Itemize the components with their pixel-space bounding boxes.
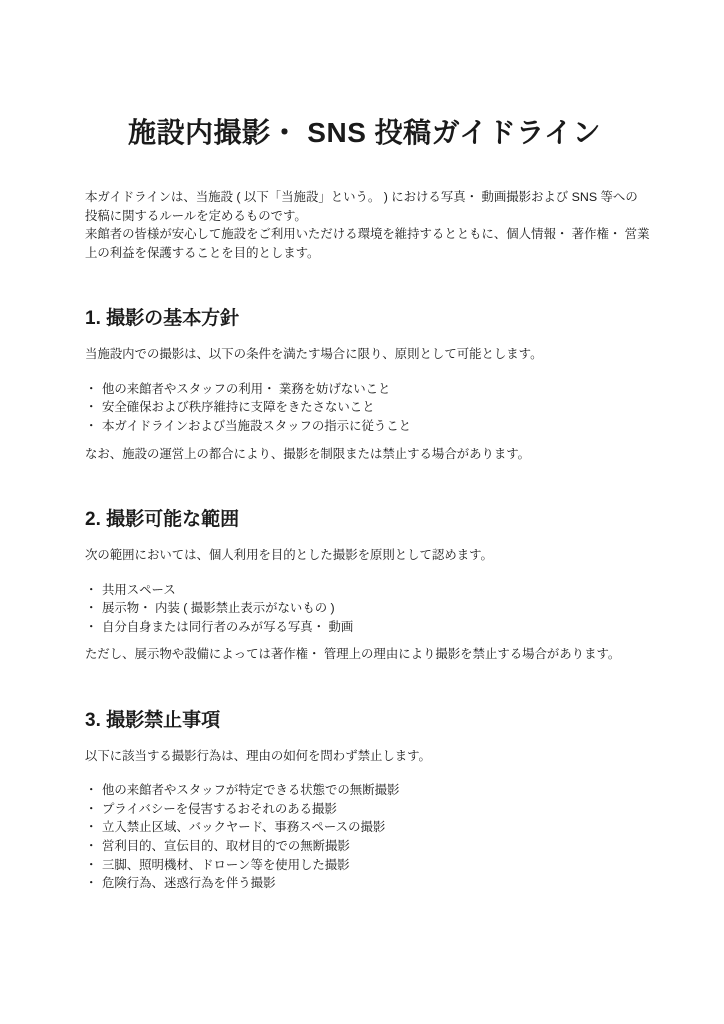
bullet-marker: ・ xyxy=(85,856,102,875)
bullet-marker: ・ xyxy=(85,618,102,637)
bullet-text: 他の来館者やスタッフが特定できる状態での無断撮影 xyxy=(102,783,399,797)
intro-line: 本ガイドラインは、当施設 ( 以下「当施設」という。 ) における写真・ 動画撮… xyxy=(85,188,644,207)
bullet-marker: ・ xyxy=(85,818,102,837)
section-heading: 2. 撮影可能な範囲 xyxy=(85,509,644,532)
intro-line: 上の利益を保護することを目的とします。 xyxy=(85,244,644,263)
bullet-marker: ・ xyxy=(85,581,102,600)
section-note: ただし、展示物や設備によっては著作権・ 管理上の理由により撮影を禁止する場合があ… xyxy=(85,645,644,664)
list-item: ・展示物・ 内装 ( 撮影禁止表示がないもの ) xyxy=(85,599,644,618)
bullet-text: 安全確保および秩序維持に支障をきたさないこと xyxy=(102,400,375,414)
section-prohibited-items: 3. 撮影禁止事項 以下に該当する撮影行為は、理由の如何を問わず禁止します。 ・… xyxy=(85,710,644,893)
bullet-text: 危険行為、迷惑行為を伴う撮影 xyxy=(102,876,275,890)
bullet-marker: ・ xyxy=(85,800,102,819)
bullet-list: ・他の来館者やスタッフが特定できる状態での無断撮影 ・プライバシーを侵害するおそ… xyxy=(85,781,644,893)
intro-line: 投稿に関するルールを定めるものです。 xyxy=(85,207,644,226)
bullet-list: ・共用スペース ・展示物・ 内装 ( 撮影禁止表示がないもの ) ・自分自身また… xyxy=(85,581,644,637)
list-item: ・営利目的、宣伝目的、取材目的での無断撮影 xyxy=(85,837,644,856)
bullet-text: 営利目的、宣伝目的、取材目的での無断撮影 xyxy=(102,839,350,853)
bullet-marker: ・ xyxy=(85,417,102,436)
list-item: ・危険行為、迷惑行為を伴う撮影 xyxy=(85,874,644,893)
list-item: ・共用スペース xyxy=(85,581,644,600)
list-item: ・他の来館者やスタッフの利用・ 業務を妨げないこと xyxy=(85,380,644,399)
bullet-text: 三脚、照明機材、ドローン等を使用した撮影 xyxy=(102,858,350,872)
list-item: ・他の来館者やスタッフが特定できる状態での無断撮影 xyxy=(85,781,644,800)
section-note: なお、施設の運営上の都合により、撮影を制限または禁止する場合があります。 xyxy=(85,445,644,464)
list-item: ・立入禁止区域、バックヤード、事務スペースの撮影 xyxy=(85,818,644,837)
page-title: 施設内撮影・ SNS 投稿ガイドライン xyxy=(85,115,644,150)
section-lead: 次の範囲においては、個人利用を目的とした撮影を原則として認めます。 xyxy=(85,546,644,565)
section-basic-policy: 1. 撮影の基本方針 当施設内での撮影は、以下の条件を満たす場合に限り、原則とし… xyxy=(85,308,644,463)
list-item: ・本ガイドラインおよび当施設スタッフの指示に従うこと xyxy=(85,417,644,436)
bullet-text: 展示物・ 内装 ( 撮影禁止表示がないもの ) xyxy=(102,601,335,615)
section-lead: 以下に該当する撮影行為は、理由の如何を問わず禁止します。 xyxy=(85,747,644,766)
list-item: ・安全確保および秩序維持に支障をきたさないこと xyxy=(85,398,644,417)
bullet-text: 他の来館者やスタッフの利用・ 業務を妨げないこと xyxy=(102,382,390,396)
list-item: ・プライバシーを侵害するおそれのある撮影 xyxy=(85,800,644,819)
bullet-list: ・他の来館者やスタッフの利用・ 業務を妨げないこと ・安全確保および秩序維持に支… xyxy=(85,380,644,436)
bullet-marker: ・ xyxy=(85,599,102,618)
bullet-marker: ・ xyxy=(85,837,102,856)
list-item: ・三脚、照明機材、ドローン等を使用した撮影 xyxy=(85,856,644,875)
bullet-text: 共用スペース xyxy=(102,583,176,597)
section-allowed-scope: 2. 撮影可能な範囲 次の範囲においては、個人利用を目的とした撮影を原則として認… xyxy=(85,509,644,664)
bullet-text: 立入禁止区域、バックヤード、事務スペースの撮影 xyxy=(102,820,385,834)
bullet-marker: ・ xyxy=(85,380,102,399)
bullet-marker: ・ xyxy=(85,398,102,417)
intro-paragraph: 本ガイドラインは、当施設 ( 以下「当施設」という。 ) における写真・ 動画撮… xyxy=(85,188,644,262)
document-content: 施設内撮影・ SNS 投稿ガイドライン 本ガイドラインは、当施設 ( 以下「当施… xyxy=(0,115,724,893)
section-heading: 1. 撮影の基本方針 xyxy=(85,308,644,331)
list-item: ・自分自身または同行者のみが写る写真・ 動画 xyxy=(85,618,644,637)
bullet-text: 本ガイドラインおよび当施設スタッフの指示に従うこと xyxy=(102,419,411,433)
section-lead: 当施設内での撮影は、以下の条件を満たす場合に限り、原則として可能とします。 xyxy=(85,345,644,364)
bullet-marker: ・ xyxy=(85,781,102,800)
document-page: 施設内撮影・ SNS 投稿ガイドライン 本ガイドラインは、当施設 ( 以下「当施… xyxy=(0,0,724,1024)
bullet-text: 自分自身または同行者のみが写る写真・ 動画 xyxy=(102,620,353,634)
intro-line: 来館者の皆様が安心して施設をご利用いただける環境を維持するとともに、個人情報・ … xyxy=(85,225,644,244)
section-heading: 3. 撮影禁止事項 xyxy=(85,710,644,733)
bullet-marker: ・ xyxy=(85,874,102,893)
bullet-text: プライバシーを侵害するおそれのある撮影 xyxy=(102,802,337,816)
